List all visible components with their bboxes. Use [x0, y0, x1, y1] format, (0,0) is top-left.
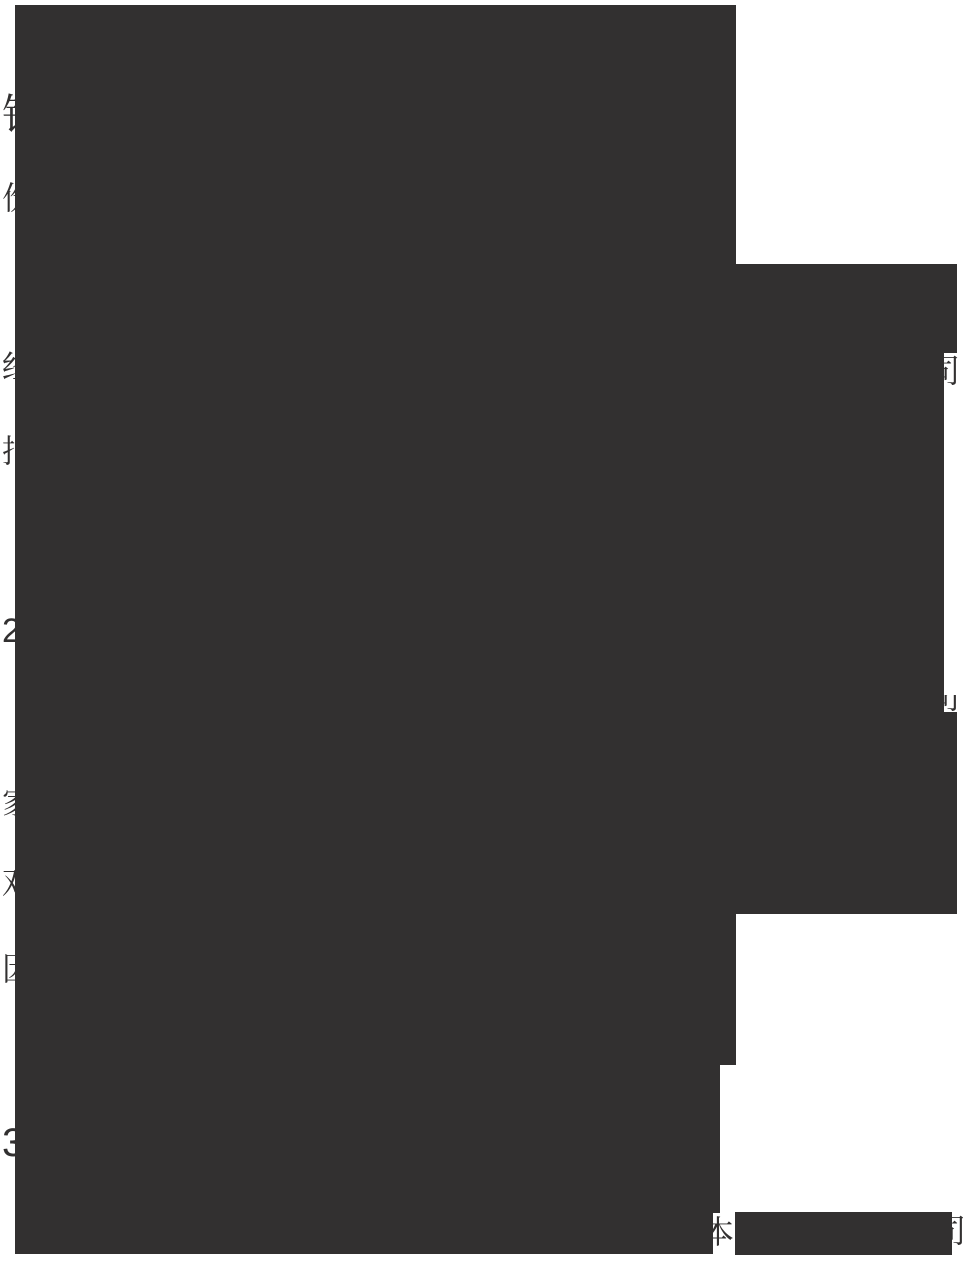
document-page: 银 份 经 报 2 家 对 因 3 司 司 本 司 [0, 0, 964, 1283]
fragment-char: 本 [711, 1216, 733, 1248]
redaction-block-last-line-right [735, 1212, 952, 1255]
redaction-block-wide-1 [15, 264, 957, 353]
fragment-left-6: 家 [2, 785, 16, 825]
fragment-left-heading: 银 [2, 92, 16, 144]
fragment-char: 银 [2, 94, 16, 136]
fragment-left-8: 因 [2, 950, 16, 992]
fragment-left-3: 经 [2, 348, 16, 390]
fragment-bottom-ben: 本 [711, 1214, 733, 1254]
redaction-block-middle [15, 353, 944, 712]
fragment-char: 司 [951, 1215, 963, 1247]
fragment-char: 2 [2, 614, 16, 648]
redaction-block-last-line-left [15, 1213, 713, 1254]
fragment-char: 3 [2, 1123, 17, 1163]
fragment-char: 对 [2, 867, 16, 899]
fragment-left-digit-2: 2 [2, 612, 16, 648]
fragment-bottom-line-end: 司 [951, 1213, 963, 1253]
fragment-right-line-end-1: 司 [944, 352, 961, 393]
fragment-char: 因 [2, 953, 16, 985]
fragment-char: 家 [2, 787, 16, 819]
redaction-block-top-column [15, 5, 736, 264]
fragment-right-line-end-2: 司 [944, 695, 958, 712]
fragment-char: 份 [2, 182, 16, 214]
redaction-block-wide-2 [15, 712, 957, 914]
fragment-char: 报 [2, 435, 16, 467]
fragment-left-digit-3: 3 [2, 1120, 17, 1166]
fragment-left-2: 份 [2, 180, 16, 220]
fragment-char: 司 [944, 695, 958, 712]
redaction-block-lower-column-1 [15, 914, 736, 1065]
redaction-block-lower-column-2 [15, 1065, 720, 1213]
fragment-char: 经 [2, 351, 16, 383]
fragment-char: 司 [944, 355, 960, 387]
fragment-left-7: 对 [2, 865, 16, 905]
fragment-left-4: 报 [2, 433, 16, 473]
